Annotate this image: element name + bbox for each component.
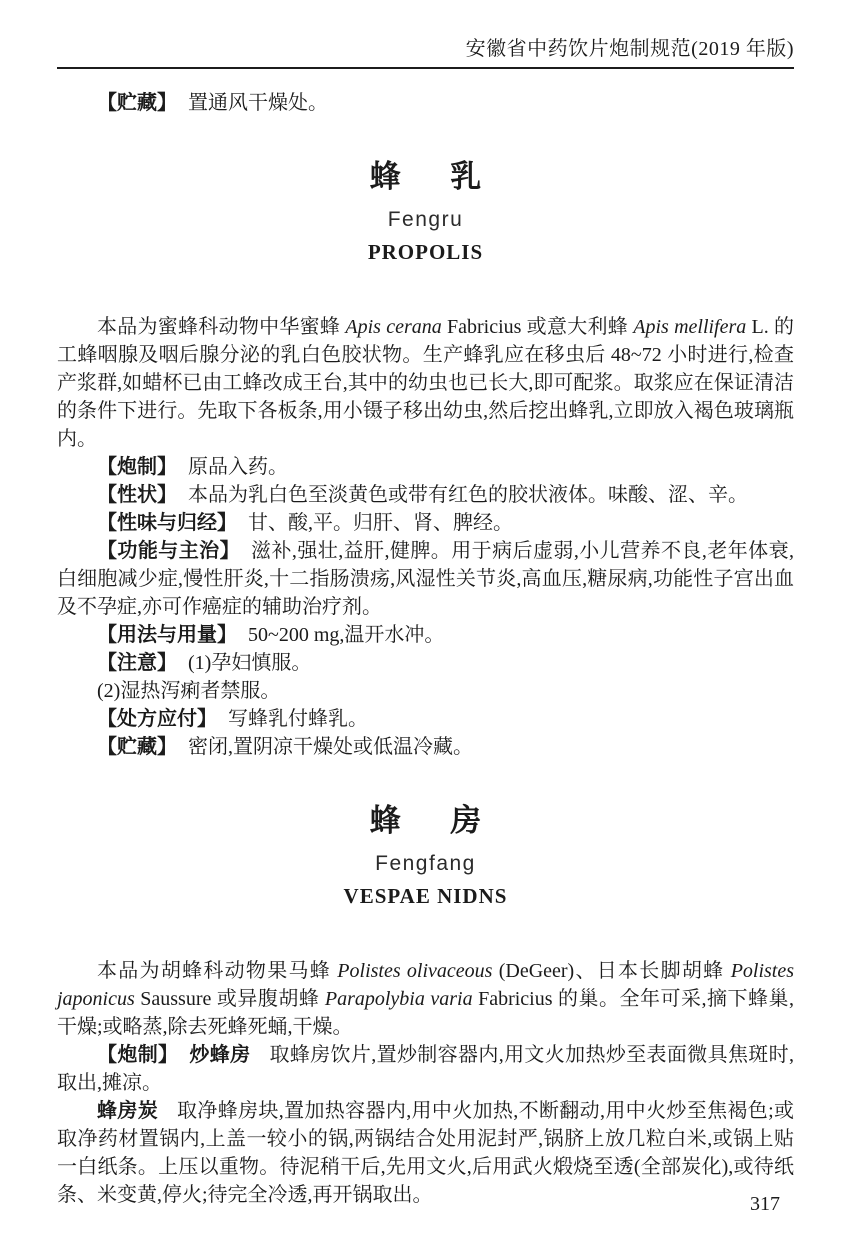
section-text: 密闭,置阴凉干燥处或低温冷藏。 <box>188 736 473 758</box>
document-page: 安徽省中药饮片炮制规范(2019 年版) 【贮藏】置通风干燥处。 蜂 乳 Fen… <box>0 0 851 1249</box>
section-label: 【炮制】 <box>97 456 177 478</box>
section-label: 【贮藏】 <box>97 92 177 114</box>
latin-species-name: Apis cerana <box>345 316 441 338</box>
section-label: 【用法与用量】 <box>97 624 237 646</box>
section-paozhi-chaofengfang: 【炮制】炒蜂房取蜂房饮片,置炒制容器内,用文火加热炒至表面微具焦斑时,取出,摊凉… <box>57 1041 794 1097</box>
intro-text: Fabricius 或意大利蜂 <box>442 316 634 338</box>
page-number: 317 <box>750 1193 780 1215</box>
section-text: 原品入药。 <box>188 456 288 478</box>
intro-text: 本品为胡蜂科动物果马蜂 <box>97 960 337 982</box>
section-label: 【炮制】 <box>97 1044 178 1066</box>
header-title: 安徽省中药饮片炮制规范(2019 年版) <box>466 38 794 60</box>
latin-species-name: Parapolybia varia <box>325 988 473 1010</box>
intro-text: 本品为蜜蜂科动物中华蜜蜂 <box>97 316 345 338</box>
section-text: 置通风干燥处。 <box>188 92 328 114</box>
section-guijing: 【性味与归经】甘、酸,平。归肝、肾、脾经。 <box>57 509 794 537</box>
monograph-title-latin: VESPAE NIDNS <box>57 883 794 909</box>
monograph-title-pinyin: Fengfang <box>57 851 794 877</box>
storage-note-top: 【贮藏】置通风干燥处。 <box>57 89 794 117</box>
intro-text: Saussure 或异腹胡蜂 <box>135 988 325 1010</box>
section-label: 【性状】 <box>97 484 177 506</box>
section-yongfa: 【用法与用量】50~200 mg,温开水冲。 <box>57 621 794 649</box>
section-label: 【注意】 <box>97 652 177 674</box>
section-text: 取净蜂房块,置加热容器内,用中火加热,不断翻动,用中火炒至焦褐色;或取净药材置锅… <box>57 1100 794 1206</box>
section-text: 写蜂乳付蜂乳。 <box>228 708 368 730</box>
section-label: 【性味与归经】 <box>97 512 237 534</box>
monograph-title-pinyin: Fengru <box>57 207 794 233</box>
section-gongneng: 【功能与主治】滋补,强壮,益肝,健脾。用于病后虚弱,小儿营养不良,老年体衰,白细… <box>57 537 794 621</box>
section-label: 【贮藏】 <box>97 736 177 758</box>
latin-species-name: Polistes olivaceous <box>337 960 492 982</box>
section-paozhi: 【炮制】原品入药。 <box>57 453 794 481</box>
section-text: 甘、酸,平。归肝、肾、脾经。 <box>248 512 513 534</box>
section-label: 【功能与主治】 <box>97 540 240 562</box>
section-zhucang: 【贮藏】密闭,置阴凉干燥处或低温冷藏。 <box>57 733 794 761</box>
section-zhuyi: 【注意】(1)孕妇慎服。 <box>57 649 794 677</box>
intro-paragraph: 本品为蜜蜂科动物中华蜜蜂 Apis cerana Fabricius 或意大利蜂… <box>57 313 794 453</box>
preparation-name: 蜂房炭 <box>97 1100 158 1122</box>
preparation-name: 炒蜂房 <box>189 1044 250 1066</box>
section-text: (1)孕妇慎服。 <box>188 652 311 674</box>
monograph-fengfang: 蜂 房 Fengfang VESPAE NIDNS 本品为胡蜂科动物果马蜂 Po… <box>57 801 794 1209</box>
monograph-title-cn: 蜂 乳 <box>57 157 794 197</box>
header-rule <box>57 67 794 69</box>
page-header: 安徽省中药饮片炮制规范(2019 年版) <box>57 36 794 62</box>
section-paozhi-fengfangtan: 蜂房炭取净蜂房块,置加热容器内,用中火加热,不断翻动,用中火炒至焦褐色;或取净药… <box>57 1097 794 1209</box>
section-text: (2)湿热泻痢者禁服。 <box>97 680 280 702</box>
section-label: 【处方应付】 <box>97 708 217 730</box>
monograph-title-latin: PROPOLIS <box>57 239 794 265</box>
section-zhuyi-cont: (2)湿热泻痢者禁服。 <box>57 677 794 705</box>
intro-paragraph: 本品为胡蜂科动物果马蜂 Polistes olivaceous (DeGeer)… <box>57 957 794 1041</box>
intro-text: (DeGeer)、日本长脚胡蜂 <box>492 960 730 982</box>
monograph-title-cn: 蜂 房 <box>57 801 794 841</box>
section-text: 50~200 mg,温开水冲。 <box>248 624 444 646</box>
monograph-fengru: 蜂 乳 Fengru PROPOLIS 本品为蜜蜂科动物中华蜜蜂 Apis ce… <box>57 157 794 761</box>
latin-species-name: Apis mellifera <box>633 316 746 338</box>
section-text: 本品为乳白色至淡黄色或带有红色的胶状液体。味酸、涩、辛。 <box>188 484 748 506</box>
section-chufang: 【处方应付】写蜂乳付蜂乳。 <box>57 705 794 733</box>
section-xingzhuang: 【性状】本品为乳白色至淡黄色或带有红色的胶状液体。味酸、涩、辛。 <box>57 481 794 509</box>
